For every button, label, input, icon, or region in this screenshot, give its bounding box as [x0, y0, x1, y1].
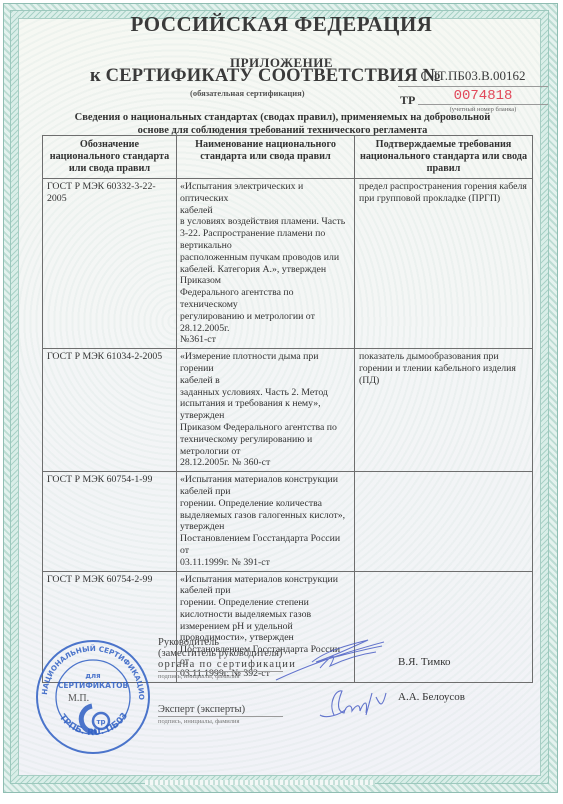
standard-name: «Измерение плотности дыма при горениикаб…: [177, 349, 355, 472]
footer-microtext: [145, 780, 375, 785]
standard-name-line: в условиях воздействия пламени. Часть: [180, 216, 350, 228]
confirmed-requirements: предел распространения горения кабеля пр…: [355, 179, 533, 349]
head-signature: [272, 632, 392, 684]
svg-text:тр: тр: [96, 718, 105, 726]
standard-designation: ГОСТ Р МЭК 60754-1-99: [43, 472, 177, 571]
standard-name-line: горении. Определение степени: [180, 597, 350, 609]
expert-caption: подпись, инициалы, фамилия: [158, 718, 240, 725]
table-row: ГОСТ Р МЭК 61034-2-2005«Измерение плотно…: [43, 349, 533, 472]
signature-line: [158, 716, 283, 717]
confirmed-requirements: [355, 472, 533, 571]
standard-name-line: кабелей: [180, 205, 350, 217]
table-header-row: Обозначение национального стандарта или …: [43, 136, 533, 179]
stamp-inner-mid: СЕРТИФИКАТОВ: [58, 681, 129, 690]
standard-name-line: вертикально: [180, 240, 350, 252]
standard-name-line: кабелей. Категория А.», утвержден: [180, 264, 350, 276]
section-heading: Сведения о национальных стандартах (свод…: [40, 111, 525, 137]
standard-name-line: «Испытания материалов конструкции: [180, 574, 350, 586]
standard-name-line: расположенным пучкам проводов или: [180, 252, 350, 264]
standard-designation: ГОСТ Р МЭК 60332-3-22-2005: [43, 179, 177, 349]
country-title: РОССИЙСКАЯ ФЕДЕРАЦИЯ: [0, 12, 563, 37]
column-header-designation: Обозначение национального стандарта или …: [43, 136, 177, 179]
standard-name-line: 3-22. Распространение пламени по: [180, 228, 350, 240]
standards-table: Обозначение национального стандарта или …: [42, 135, 533, 683]
standard-name-line: Постановлением Госстандарта России от: [180, 533, 350, 557]
seal-place-label: М.П.: [68, 693, 89, 704]
certification-type: (обязательная сертификация): [190, 88, 305, 98]
signature-line: [158, 671, 283, 672]
standard-name-line: регулированию и метрологии от: [180, 311, 350, 323]
standard-name-line: метрологии от: [180, 446, 350, 458]
expert-signature: [316, 685, 391, 725]
certificate-number: С-IT.ПБ03.В.00162: [398, 68, 548, 87]
expert-name: А.А. Белоусов: [398, 691, 465, 703]
standard-name-line: измерением pH и удельной: [180, 621, 350, 633]
standard-name-line: выделяемых газов галогенных кислот»,: [180, 510, 350, 522]
expert-label: Эксперт (эксперты): [158, 704, 245, 715]
standard-name-line: 28.12.2005г.: [180, 323, 350, 335]
standard-name-line: «Испытания электрических и оптических: [180, 181, 350, 205]
standard-name-line: кабелей при: [180, 585, 350, 597]
standard-name-line: техническому регулированию и: [180, 434, 350, 446]
standard-name-line: 03.11.1999г. № 391-ст: [180, 557, 350, 569]
section-heading-line: Сведения о национальных стандартах (свод…: [40, 111, 525, 124]
standard-name-line: 28.12.2005г. № 360-ст: [180, 457, 350, 469]
blank-number: 0074818: [418, 88, 548, 105]
column-header-name: Наименование национального стандарта или…: [177, 136, 355, 179]
standard-name-line: испытания и требования к нему»,: [180, 398, 350, 410]
standard-designation: ГОСТ Р МЭК 61034-2-2005: [43, 349, 177, 472]
standard-name-line: кабелей при: [180, 486, 350, 498]
standard-name: «Испытания материалов конструкциикабелей…: [177, 472, 355, 571]
standard-name-line: №361-ст: [180, 334, 350, 346]
standard-name-line: горении. Определение количества: [180, 498, 350, 510]
table-row: ГОСТ Р МЭК 60332-3-22-2005«Испытания эле…: [43, 179, 533, 349]
certification-stamp: НАЦИОНАЛЬНЫЙ СЕРТИФИКАЦИОННЫЙ ОРГАН ЭЛЕК…: [34, 638, 152, 756]
head-caption: подпись, инициалы, фамилия: [158, 673, 240, 680]
standard-name-line: Федерального агентства по техническому: [180, 287, 350, 311]
certificate-title: к СЕРТИФИКАТУ СООТВЕТСТВИЯ №: [90, 66, 441, 87]
standard-name-line: «Измерение плотности дыма при горении: [180, 351, 350, 375]
standard-name-line: Приказом: [180, 275, 350, 287]
standard-name-line: кислотности выделяемых газов: [180, 609, 350, 621]
stamp-inner-top: для: [85, 672, 100, 680]
standard-name: «Испытания электрических и оптическихкаб…: [177, 179, 355, 349]
standard-name-line: кабелей в: [180, 375, 350, 387]
confirmed-requirements: показатель дымообразования при горении и…: [355, 349, 533, 472]
standard-name-line: заданных условиях. Часть 2. Метод: [180, 387, 350, 399]
table-row: ГОСТ Р МЭК 60754-1-99«Испытания материал…: [43, 472, 533, 571]
column-header-requirements: Подтверждаемые требования национального …: [355, 136, 533, 179]
standard-name-line: утвержден: [180, 521, 350, 533]
standard-name-line: Приказом Федерального агентства по: [180, 422, 350, 434]
standard-name-line: «Испытания материалов конструкции: [180, 474, 350, 486]
head-name: В.Я. Тимко: [398, 656, 451, 668]
standard-name-line: утвержден: [180, 410, 350, 422]
tr-label: ТР: [400, 93, 415, 108]
